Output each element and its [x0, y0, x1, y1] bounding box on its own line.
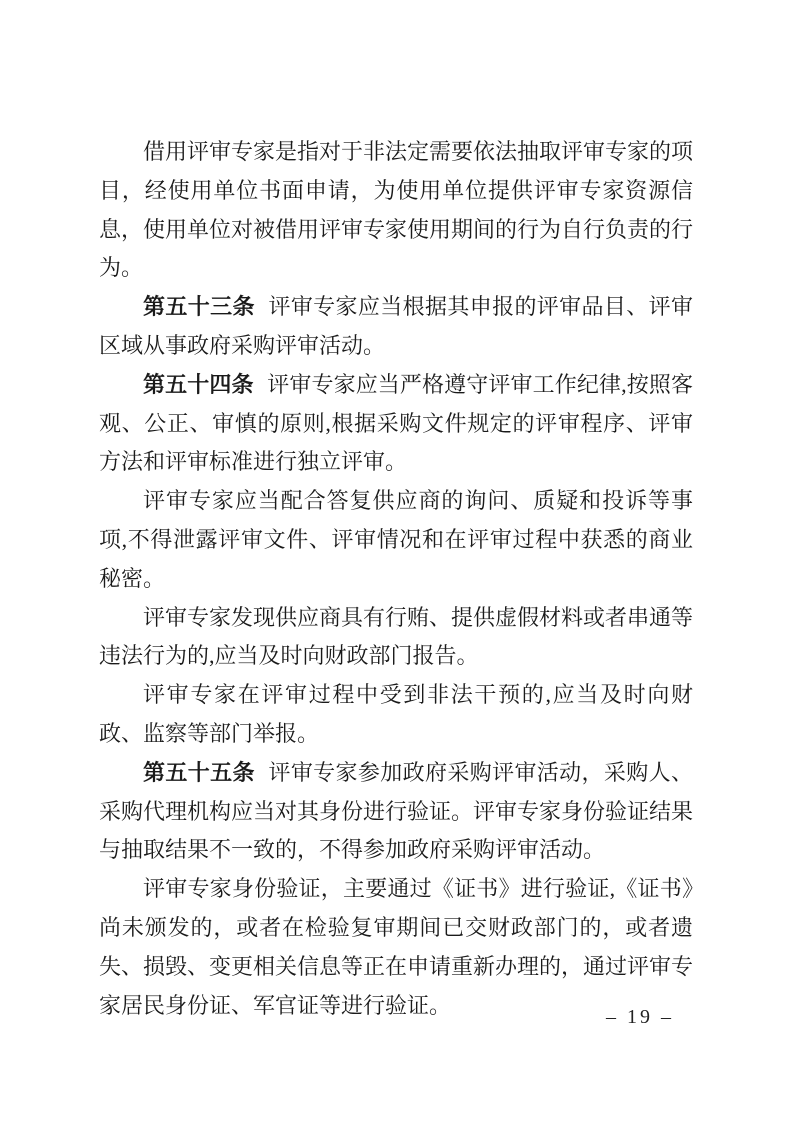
article-number: 第五十四条: [143, 372, 254, 397]
paragraph: 第五十三条评审专家应当根据其申报的评审品目、评审区域从事政府采购评审活动。: [99, 288, 693, 366]
paragraph: 借用评审专家是指对于非法定需要依法抽取评审专家的项目，经使用单位书面申请，为使用…: [99, 133, 693, 288]
paragraph-text: 评审专家身份验证，主要通过《证书》进行验证,《证书》尚未颁发的，或者在检验复审期…: [99, 876, 693, 1017]
paragraph-text: 评审专家在评审过程中受到非法干预的,应当及时向财政、监察等部门举报。: [99, 682, 693, 746]
paragraph: 第五十四条评审专家应当严格遵守评审工作纪律,按照客观、公正、审慎的原则,根据采购…: [99, 366, 693, 482]
paragraph: 第五十五条评审专家参加政府采购评审活动，采购人、采购代理机构应当对其身份进行验证…: [99, 754, 693, 870]
paragraph-text: 评审专家发现供应商具有行贿、提供虚假材料或者串通等违法行为的,应当及时向财政部门…: [99, 605, 693, 669]
paragraph: 评审专家在评审过程中受到非法干预的,应当及时向财政、监察等部门举报。: [99, 676, 693, 754]
paragraph: 评审专家发现供应商具有行贿、提供虚假材料或者串通等违法行为的,应当及时向财政部门…: [99, 599, 693, 677]
article-number: 第五十五条: [143, 760, 255, 785]
document-page: 借用评审专家是指对于非法定需要依法抽取评审专家的项目，经使用单位书面申请，为使用…: [0, 0, 794, 1123]
page-number: – 19 –: [606, 1006, 674, 1029]
document-body: 借用评审专家是指对于非法定需要依法抽取评审专家的项目，经使用单位书面申请，为使用…: [99, 133, 693, 1025]
article-number: 第五十三条: [143, 294, 255, 319]
paragraph-text: 借用评审专家是指对于非法定需要依法抽取评审专家的项目，经使用单位书面申请，为使用…: [99, 139, 693, 280]
paragraph-text: 评审专家应当配合答复供应商的询问、质疑和投诉等事项,不得泄露评审文件、评审情况和…: [99, 488, 693, 591]
paragraph: 评审专家应当配合答复供应商的询问、质疑和投诉等事项,不得泄露评审文件、评审情况和…: [99, 482, 693, 598]
paragraph: 评审专家身份验证，主要通过《证书》进行验证,《证书》尚未颁发的，或者在检验复审期…: [99, 870, 693, 1025]
